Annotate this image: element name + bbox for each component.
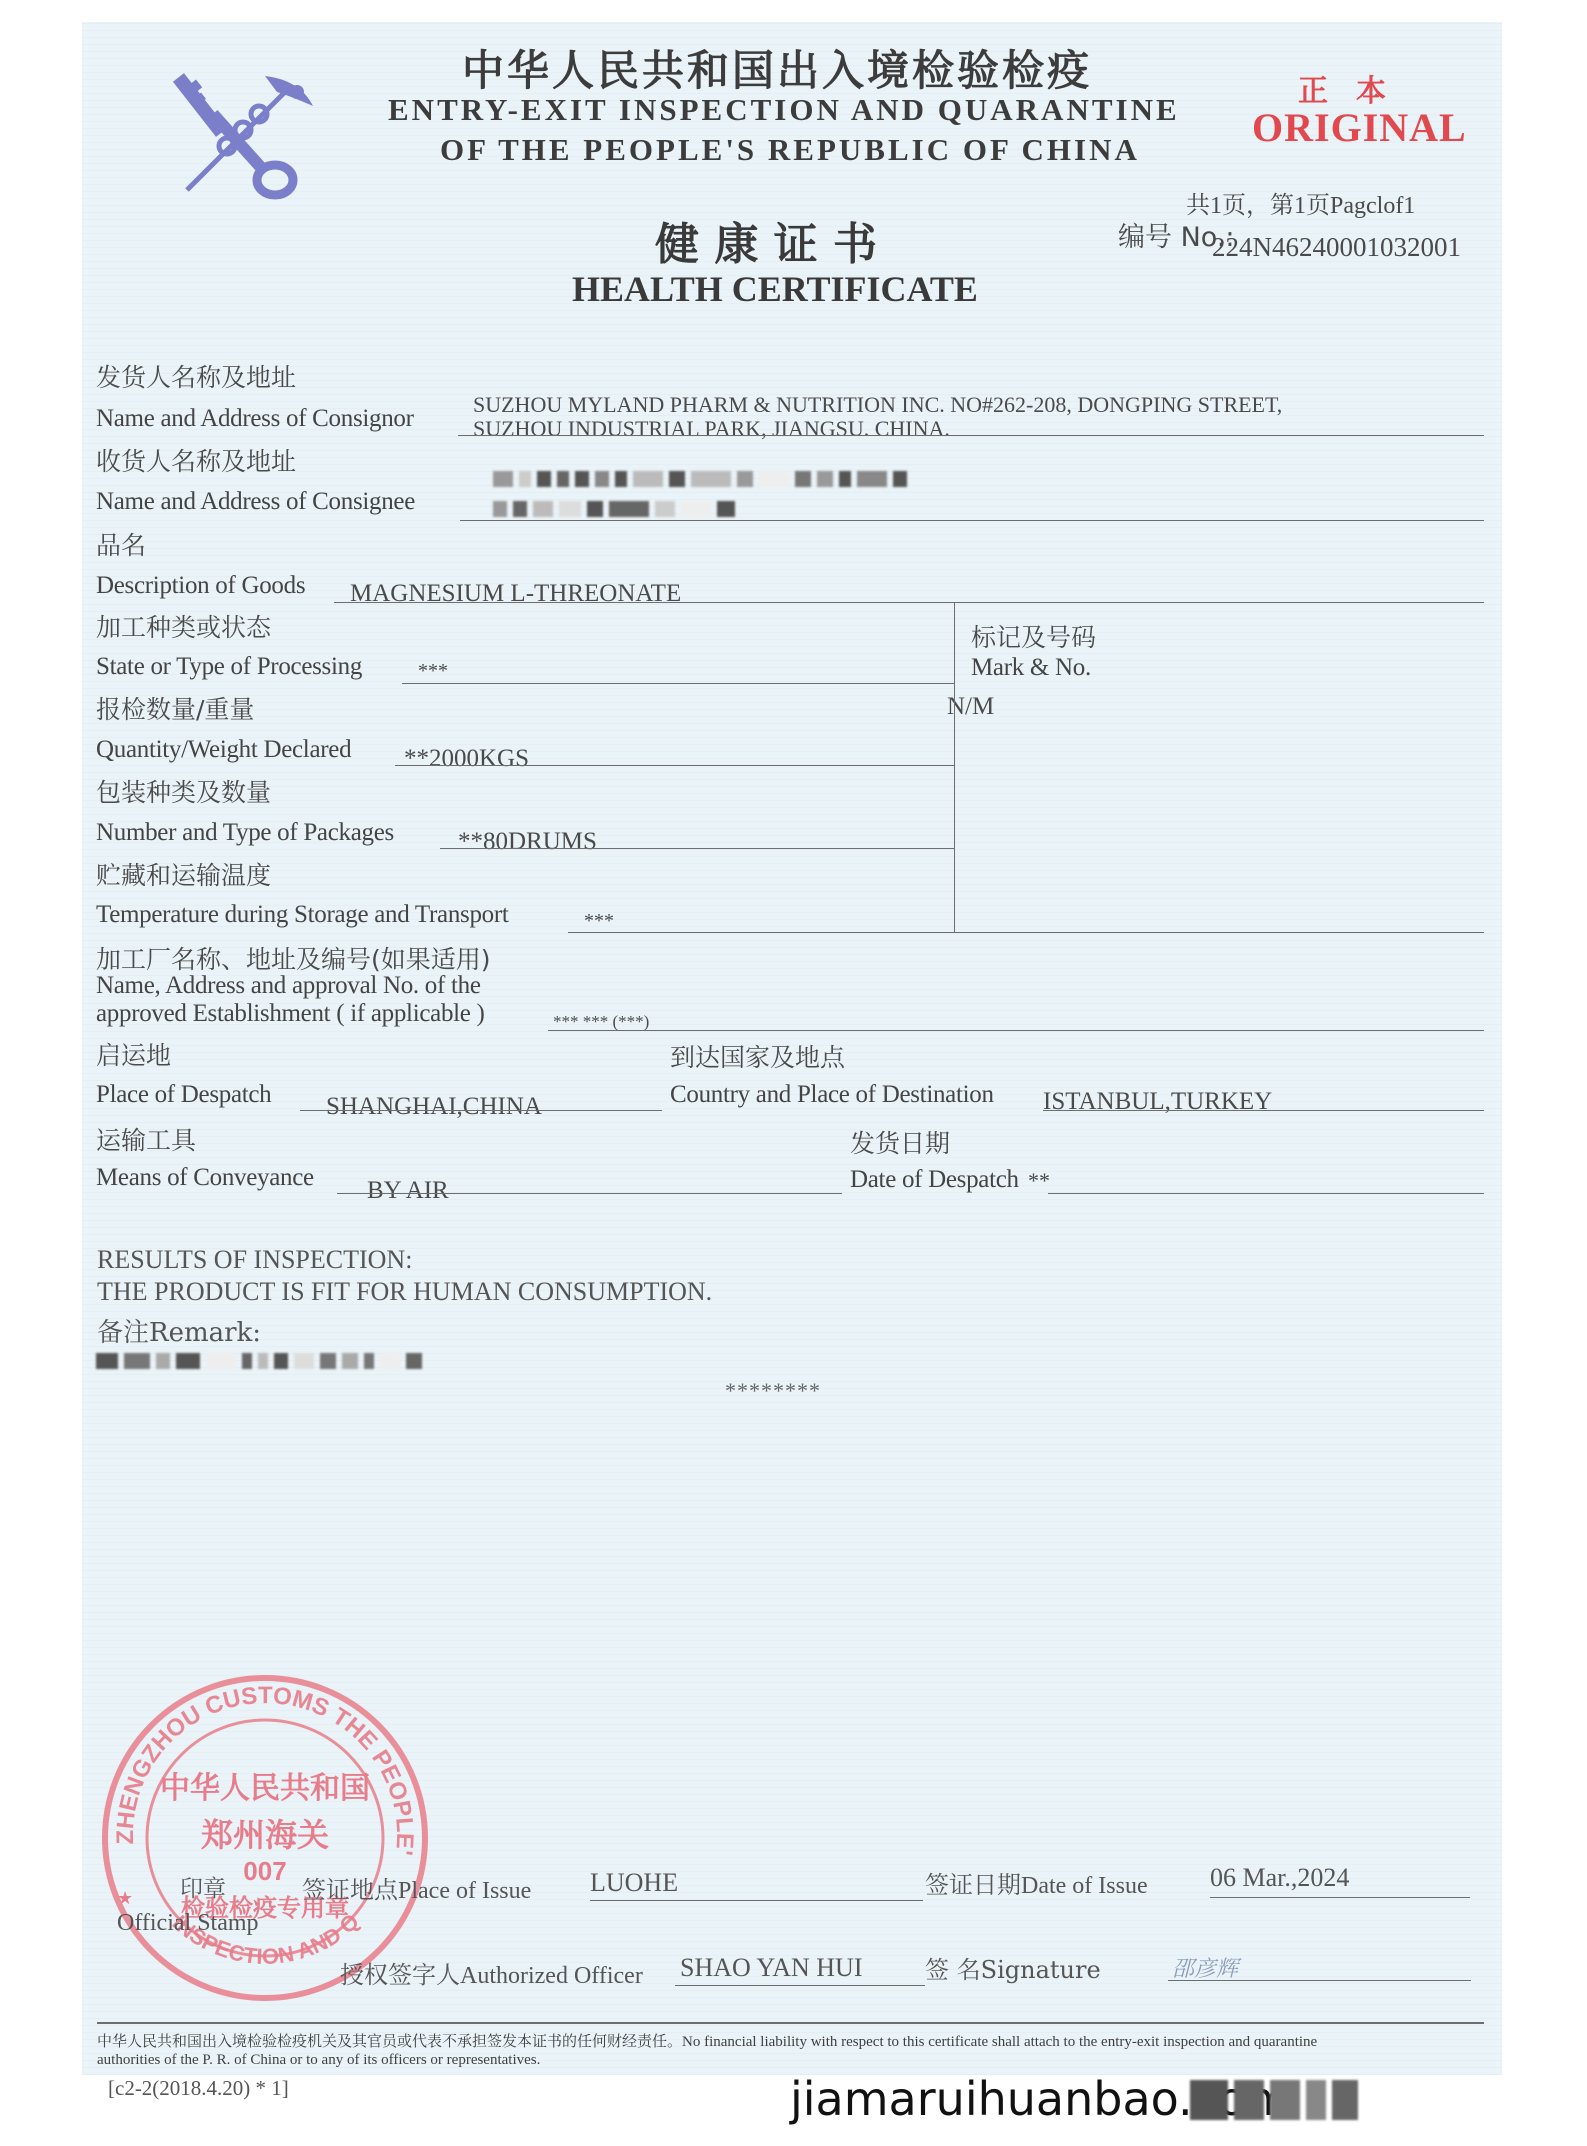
establishment-label-en-1: Name, Address and approval No. of the: [96, 972, 481, 1000]
consignor-label-cn: 发货人名称及地址: [96, 358, 296, 394]
establishment-label-en-2: approved Establishment ( if applicable ): [96, 1000, 485, 1028]
consignee-redacted-line2: [493, 500, 741, 518]
consignee-redacted: [493, 470, 913, 488]
description-label-cn: 品名: [96, 526, 146, 562]
quantity-value: **2000KGS: [404, 745, 529, 773]
consignor-value-line2: SUZHOU INDUSTRIAL PARK, JIANGSU. CHINA.: [473, 416, 950, 442]
despatch-place-label-en: Place of Despatch: [96, 1081, 271, 1109]
quantity-label-cn: 报检数量/重量: [96, 690, 254, 726]
processing-label-cn: 加工种类或状态: [96, 608, 271, 644]
conveyance-label-en: Means of Conveyance: [96, 1164, 314, 1192]
despatch-place-value: SHANGHAI,CHINA: [326, 1093, 542, 1121]
despatch-place-label-cn: 启运地: [96, 1036, 171, 1072]
temperature-value: ***: [584, 910, 614, 933]
original-mark-en: ORIGINAL: [1252, 104, 1467, 151]
packages-value: **80DRUMS: [458, 828, 597, 856]
disclaimer-line2: authorities of the P. R. of China or to …: [97, 2052, 540, 2069]
temperature-label-en: Temperature during Storage and Transport: [96, 901, 509, 929]
date-of-issue-value: 06 Mar.,2024: [1210, 1863, 1349, 1893]
disclaimer-line1: 中华人民共和国出入境检验检疫机关及其官员或代表不承担签发本证书的任何财经责任。N…: [97, 2030, 1317, 2051]
establishment-label-cn: 加工厂名称、地址及编号(如果适用): [96, 940, 491, 976]
processing-label-en: State or Type of Processing: [96, 653, 362, 681]
conveyance-label-cn: 运输工具: [96, 1121, 196, 1157]
authorized-officer-value: SHAO YAN HUI: [680, 1953, 862, 1983]
destination-value: ISTANBUL,TURKEY: [1043, 1088, 1272, 1116]
consignee-label-en: Name and Address of Consignee: [96, 488, 415, 516]
form-code: [c2-2(2018.4.20) * 1]: [108, 2076, 289, 2101]
description-value: MAGNESIUM L-THREONATE: [350, 580, 681, 608]
destination-label-cn: 到达国家及地点: [670, 1038, 845, 1074]
svg-text:★: ★: [117, 1888, 133, 1908]
consignee-label-cn: 收货人名称及地址: [96, 442, 296, 478]
packages-label-en: Number and Type of Packages: [96, 819, 394, 847]
mark-label-en: Mark & No.: [971, 654, 1091, 682]
place-of-issue-label: 签证地点Place of Issue: [302, 1870, 531, 1905]
watermark-redacted: [1190, 2080, 1364, 2120]
processing-value: ***: [418, 660, 448, 683]
certificate-number: 224N46240001032001: [1212, 232, 1461, 263]
establishment-value: *** *** (***): [553, 1012, 649, 1032]
consignor-label-en: Name and Address of Consignor: [96, 405, 414, 433]
stamp-label-en: Official Stamp: [117, 1910, 259, 1937]
temperature-label-cn: 贮藏和运输温度: [96, 856, 271, 892]
title-cn: 健 康 证 书: [655, 208, 877, 272]
signature-label: 签 名Signature: [925, 1950, 1101, 1985]
key-caduceus-emblem-icon: [165, 62, 315, 202]
quantity-label-en: Quantity/Weight Declared: [96, 736, 351, 764]
stamp-label-cn: 印章: [180, 1870, 226, 1903]
description-label-en: Description of Goods: [96, 572, 305, 600]
results-statement: THE PRODUCT IS FIT FOR HUMAN CONSUMPTION…: [97, 1277, 712, 1307]
remark-label: 备注Remark:: [97, 1312, 261, 1349]
consignor-value-line1: SUZHOU MYLAND PHARM & NUTRITION INC. NO#…: [473, 392, 1282, 418]
destination-label-en: Country and Place of Destination: [670, 1081, 994, 1109]
date-of-issue-label: 签证日期Date of Issue: [925, 1865, 1148, 1900]
remark-redacted: [96, 1352, 428, 1370]
packages-label-cn: 包装种类及数量: [96, 773, 271, 809]
authorized-officer-label: 授权签字人Authorized Officer: [340, 1955, 643, 1990]
agency-title-cn: 中华人民共和国出入境检验检疫: [462, 38, 1092, 98]
svg-text:007: 007: [243, 1856, 286, 1886]
results-terminator: ********: [725, 1378, 821, 1404]
despatch-date-label-cn: 发货日期: [850, 1124, 950, 1160]
despatch-date-label-en: Date of Despatch: [850, 1166, 1019, 1194]
mark-label-cn: 标记及号码: [971, 618, 1096, 654]
agency-title-en-line2: OF THE PEOPLE'S REPUBLIC OF CHINA: [440, 132, 1140, 168]
despatch-date-value: **: [1028, 1168, 1050, 1194]
results-heading: RESULTS OF INSPECTION:: [97, 1245, 412, 1275]
svg-text:郑州海关: 郑州海关: [201, 1816, 329, 1854]
place-of-issue-value: LUOHE: [590, 1868, 678, 1898]
conveyance-value: BY AIR: [367, 1177, 449, 1205]
svg-text:中华人民共和国: 中华人民共和国: [160, 1771, 370, 1806]
signature-value: 邵彦辉: [1172, 1952, 1238, 1983]
title-en: HEALTH CERTIFICATE: [572, 268, 978, 310]
agency-title-en-line1: ENTRY-EXIT INSPECTION AND QUARANTINE: [388, 92, 1180, 128]
